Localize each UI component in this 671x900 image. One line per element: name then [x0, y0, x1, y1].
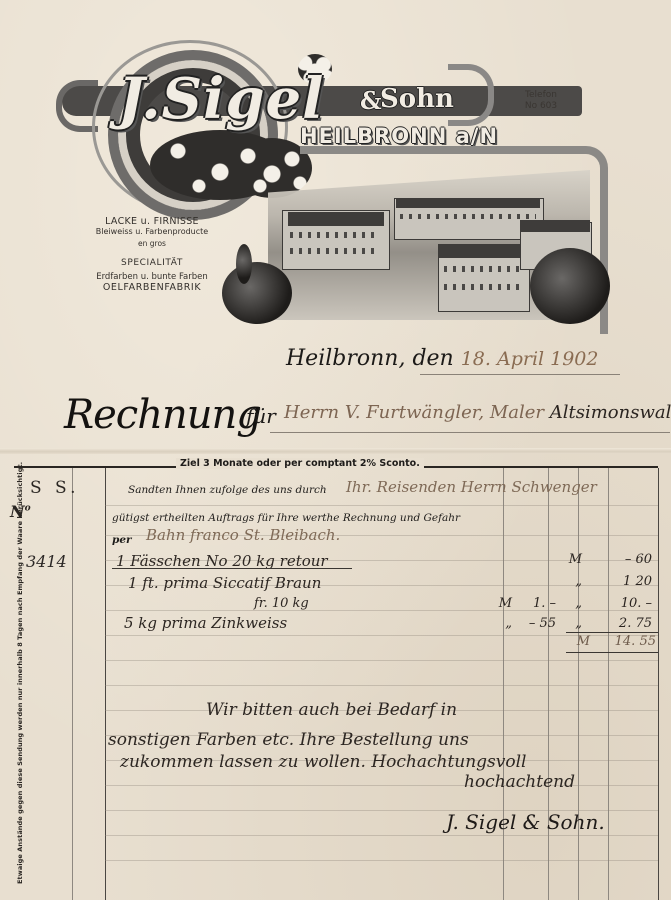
company-logo-name: J.Sigel	[118, 66, 324, 132]
item-qty-currency: „	[492, 616, 512, 631]
intro-line-2: gütigst ertheilten Auftrags für Ihre wer…	[112, 512, 460, 524]
intro-line-3-per: per	[112, 534, 132, 546]
telefon-label: Telefon	[506, 90, 576, 101]
recipient: Herrn V. Furtwängler, Maler Altsimonswal…	[284, 402, 671, 423]
building-roof	[520, 220, 590, 232]
ruled-line	[105, 685, 658, 686]
product-line: LACKE u. FIRNISSE	[62, 216, 242, 227]
item-qty-currency: M	[492, 596, 512, 611]
item-amount: 1 20	[612, 574, 652, 589]
column-divider	[658, 468, 659, 900]
item-strike-line	[112, 568, 352, 569]
ruled-line	[105, 785, 658, 786]
specialty-heading: SPECIALITÄT	[62, 258, 242, 268]
ruled-line	[105, 505, 658, 506]
recipient-name: Herrn V. Furtwängler, Maler	[284, 402, 544, 423]
paper-fold	[0, 448, 671, 454]
item-unit-price: – 55	[516, 616, 556, 631]
total-double-rule	[566, 652, 658, 653]
note-line: zukommen lassen zu wollen. Hochachtungsv…	[120, 752, 527, 772]
item-unit-price: 1. –	[516, 596, 556, 611]
note-line: sonstigen Farben etc. Ihre Bestellung un…	[108, 730, 469, 750]
ruled-line	[105, 835, 658, 836]
date-handwritten: 18. April 1902	[461, 348, 599, 370]
note-closing: hochachtend	[464, 772, 575, 792]
item-currency: „	[562, 574, 582, 589]
intro-line-3-handwritten: Bahn franco St. Bleibach.	[146, 526, 340, 544]
total-rule	[566, 632, 658, 633]
for-label: für	[246, 404, 276, 428]
logo-city: HEILBRONN a/N	[300, 124, 498, 148]
place-label: Heilbronn, den	[286, 346, 454, 371]
intro-line-1: Sandten Ihnen zufolge des uns durch	[128, 484, 327, 496]
logo-sohn: Sohn	[380, 84, 454, 114]
item-amount: 2. 75	[612, 616, 652, 631]
item-description: 1 ft. prima Siccatif Braun	[128, 574, 321, 592]
margin-note-vertical: Etwaige Anstände gegen diese Sendung wer…	[16, 504, 24, 884]
product-line: en gros	[62, 239, 242, 248]
date-underline	[420, 374, 620, 375]
telefon-block: Telefon No 603	[506, 90, 576, 112]
logo-initial: J.	[118, 66, 162, 132]
building-roof	[288, 212, 384, 226]
invoice-title: Rechnung	[64, 392, 261, 438]
item-currency: M	[562, 552, 582, 567]
signature: J. Sigel & Sohn.	[446, 810, 605, 834]
product-line: Erdfarben u. bunte Farben	[62, 272, 242, 282]
payment-terms: Ziel 3 Monate oder per comptant 2% Scont…	[176, 458, 424, 469]
logo-ampersand: &	[360, 86, 382, 115]
product-list: LACKE u. FIRNISSE Bleiweiss u. Farbenpro…	[62, 216, 242, 293]
ruled-line	[105, 860, 658, 861]
place-date: Heilbronn, den 18. April 1902	[286, 346, 599, 371]
banner-scroll-right-ornament	[448, 64, 494, 126]
ruled-line	[105, 660, 658, 661]
product-line: Bleiweiss u. Farbenproducte	[62, 227, 242, 236]
recipient-place: Altsimonswald	[550, 402, 671, 423]
ss-label: S S.	[30, 478, 80, 498]
column-divider	[72, 468, 73, 900]
note-line: Wir bitten auch bei Bedarf in	[206, 700, 457, 720]
building-roof	[438, 244, 528, 258]
recipient-underline	[270, 432, 670, 433]
item-amount: 10. –	[612, 596, 652, 611]
building-windows	[290, 248, 380, 254]
item-amount: – 60	[612, 552, 652, 567]
order-number: 3414	[26, 552, 67, 571]
total-amount: 14. 55	[608, 634, 656, 649]
building-windows	[444, 266, 524, 272]
item-description: fr. 10 kg	[254, 596, 309, 611]
building-windows	[290, 232, 380, 238]
item-currency: „	[562, 616, 582, 631]
building-windows	[444, 284, 524, 290]
intro-line-1-handwritten: Ihr. Reisenden Herrn Schwenger	[346, 478, 597, 496]
item-description: 5 kg prima Zinkweiss	[124, 614, 287, 632]
building-roof	[396, 198, 540, 208]
total-currency: M	[570, 634, 590, 649]
item-currency: „	[562, 596, 582, 611]
building-windows	[400, 214, 536, 219]
telefon-number: No 603	[506, 101, 576, 112]
tree-illustration	[530, 248, 610, 324]
logo-surname: Sigel	[162, 66, 325, 132]
product-line: OELFARBENFABRIK	[62, 282, 242, 293]
